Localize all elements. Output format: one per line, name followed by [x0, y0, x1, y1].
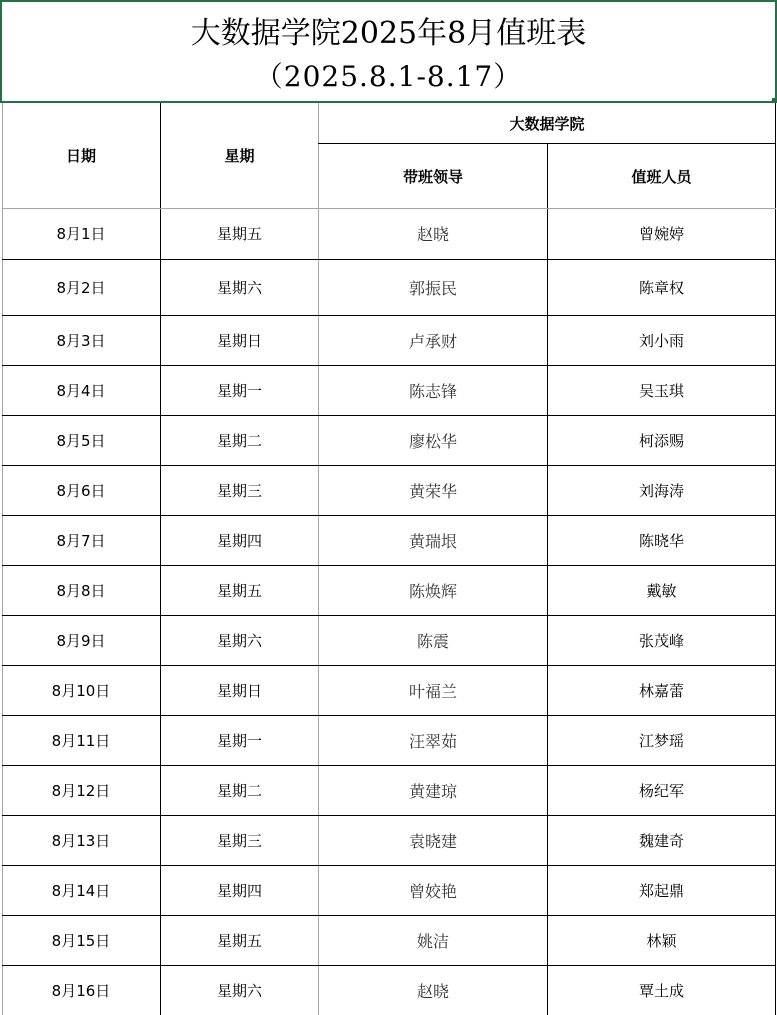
- staff-cell[interactable]: 林嘉蕾: [548, 665, 775, 715]
- date-cell[interactable]: 8月1日: [2, 208, 160, 259]
- leader-cell[interactable]: 赵晓: [319, 965, 547, 1015]
- weekday-cell[interactable]: 星期四: [161, 865, 318, 915]
- gridline-left: [2, 103, 3, 1015]
- border-leader-staff: [547, 143, 548, 1015]
- row-border: [2, 259, 776, 260]
- leader-cell[interactable]: 汪翠茹: [319, 715, 547, 765]
- weekday-cell[interactable]: 星期一: [161, 715, 318, 765]
- weekday-cell[interactable]: 星期日: [161, 315, 318, 365]
- leader-cell[interactable]: 黄建琼: [319, 765, 547, 815]
- header-college[interactable]: 大数据学院: [319, 103, 775, 143]
- row-border: [2, 415, 776, 416]
- staff-cell[interactable]: 曾婉婷: [548, 208, 775, 259]
- date-cell[interactable]: 8月8日: [2, 565, 160, 615]
- date-cell[interactable]: 8月16日: [2, 965, 160, 1015]
- border-right: [775, 103, 776, 1015]
- date-cell[interactable]: 8月2日: [2, 259, 160, 315]
- weekday-cell[interactable]: 星期一: [161, 365, 318, 415]
- staff-cell[interactable]: 陈晓华: [548, 515, 775, 565]
- date-cell[interactable]: 8月9日: [2, 615, 160, 665]
- weekday-cell[interactable]: 星期六: [161, 965, 318, 1015]
- staff-cell[interactable]: 柯添赐: [548, 415, 775, 465]
- staff-cell[interactable]: 刘小雨: [548, 315, 775, 365]
- gridline-header-bottom-right: [318, 208, 776, 209]
- leader-cell[interactable]: 陈焕辉: [319, 565, 547, 615]
- leader-cell[interactable]: 黄荣华: [319, 465, 547, 515]
- header-staff[interactable]: 值班人员: [548, 144, 775, 208]
- date-cell[interactable]: 8月6日: [2, 465, 160, 515]
- title-cell[interactable]: 大数据学院2025年8月值班表 （2025.8.1-8.17）: [0, 0, 777, 103]
- header-weekday[interactable]: 星期: [161, 103, 318, 208]
- leader-cell[interactable]: 卢承财: [319, 315, 547, 365]
- row-border: [2, 865, 776, 866]
- staff-cell[interactable]: 戴敏: [548, 565, 775, 615]
- date-cell[interactable]: 8月5日: [2, 415, 160, 465]
- date-cell[interactable]: 8月14日: [2, 865, 160, 915]
- leader-cell[interactable]: 曾姣艳: [319, 865, 547, 915]
- date-cell[interactable]: 8月10日: [2, 665, 160, 715]
- date-cell[interactable]: 8月7日: [2, 515, 160, 565]
- row-border: [2, 465, 776, 466]
- row-border: [2, 615, 776, 616]
- leader-cell[interactable]: 黄瑞垠: [319, 515, 547, 565]
- row-border: [2, 765, 776, 766]
- header-leader[interactable]: 带班领导: [319, 144, 547, 208]
- date-cell[interactable]: 8月3日: [2, 315, 160, 365]
- staff-cell[interactable]: 林颖: [548, 915, 775, 965]
- border-college-bottom: [318, 143, 776, 144]
- row-border: [2, 815, 776, 816]
- date-range-subtitle: （2025.8.1-8.17）: [2, 57, 775, 97]
- header-date[interactable]: 日期: [2, 103, 160, 208]
- staff-cell[interactable]: 吴玉琪: [548, 365, 775, 415]
- row-border: [2, 365, 776, 366]
- gridline-weekday-leader: [318, 103, 319, 1015]
- staff-cell[interactable]: 杨纪军: [548, 765, 775, 815]
- row-border: [2, 515, 776, 516]
- leader-cell[interactable]: 陈志锋: [319, 365, 547, 415]
- date-cell[interactable]: 8月15日: [2, 915, 160, 965]
- leader-cell[interactable]: 姚洁: [319, 915, 547, 965]
- staff-cell[interactable]: 陈章权: [548, 259, 775, 315]
- weekday-cell[interactable]: 星期六: [161, 259, 318, 315]
- weekday-cell[interactable]: 星期日: [161, 665, 318, 715]
- staff-cell[interactable]: 江梦瑶: [548, 715, 775, 765]
- sheet-title: 大数据学院2025年8月值班表: [2, 14, 775, 54]
- weekday-cell[interactable]: 星期三: [161, 815, 318, 865]
- gridline-header-bottom-left: [2, 208, 318, 209]
- date-cell[interactable]: 8月13日: [2, 815, 160, 865]
- staff-cell[interactable]: 郑起鼎: [548, 865, 775, 915]
- border-date-weekday: [160, 103, 161, 1015]
- weekday-cell[interactable]: 星期五: [161, 565, 318, 615]
- leader-cell[interactable]: 赵晓: [319, 208, 547, 259]
- leader-cell[interactable]: 陈震: [319, 615, 547, 665]
- date-cell[interactable]: 8月11日: [2, 715, 160, 765]
- staff-cell[interactable]: 魏建奇: [548, 815, 775, 865]
- leader-cell[interactable]: 叶福兰: [319, 665, 547, 715]
- staff-cell[interactable]: 覃土成: [548, 965, 775, 1015]
- weekday-cell[interactable]: 星期六: [161, 615, 318, 665]
- leader-cell[interactable]: 袁晓建: [319, 815, 547, 865]
- row-border: [2, 965, 776, 966]
- staff-cell[interactable]: 张茂峰: [548, 615, 775, 665]
- leader-cell[interactable]: 廖松华: [319, 415, 547, 465]
- schedule-table: 日期 星期 大数据学院 带班领导 值班人员 8月1日星期五赵晓曾婉婷8月2日星期…: [0, 0, 777, 1015]
- row-border: [2, 665, 776, 666]
- weekday-cell[interactable]: 星期三: [161, 465, 318, 515]
- row-border: [2, 315, 776, 316]
- staff-cell[interactable]: 刘海涛: [548, 465, 775, 515]
- date-cell[interactable]: 8月12日: [2, 765, 160, 815]
- row-border: [2, 565, 776, 566]
- weekday-cell[interactable]: 星期五: [161, 208, 318, 259]
- weekday-cell[interactable]: 星期二: [161, 765, 318, 815]
- weekday-cell[interactable]: 星期二: [161, 415, 318, 465]
- row-border: [2, 915, 776, 916]
- weekday-cell[interactable]: 星期四: [161, 515, 318, 565]
- weekday-cell[interactable]: 星期五: [161, 915, 318, 965]
- fill-handle[interactable]: [772, 98, 777, 103]
- leader-cell[interactable]: 郭振民: [319, 259, 547, 315]
- row-border: [2, 715, 776, 716]
- date-cell[interactable]: 8月4日: [2, 365, 160, 415]
